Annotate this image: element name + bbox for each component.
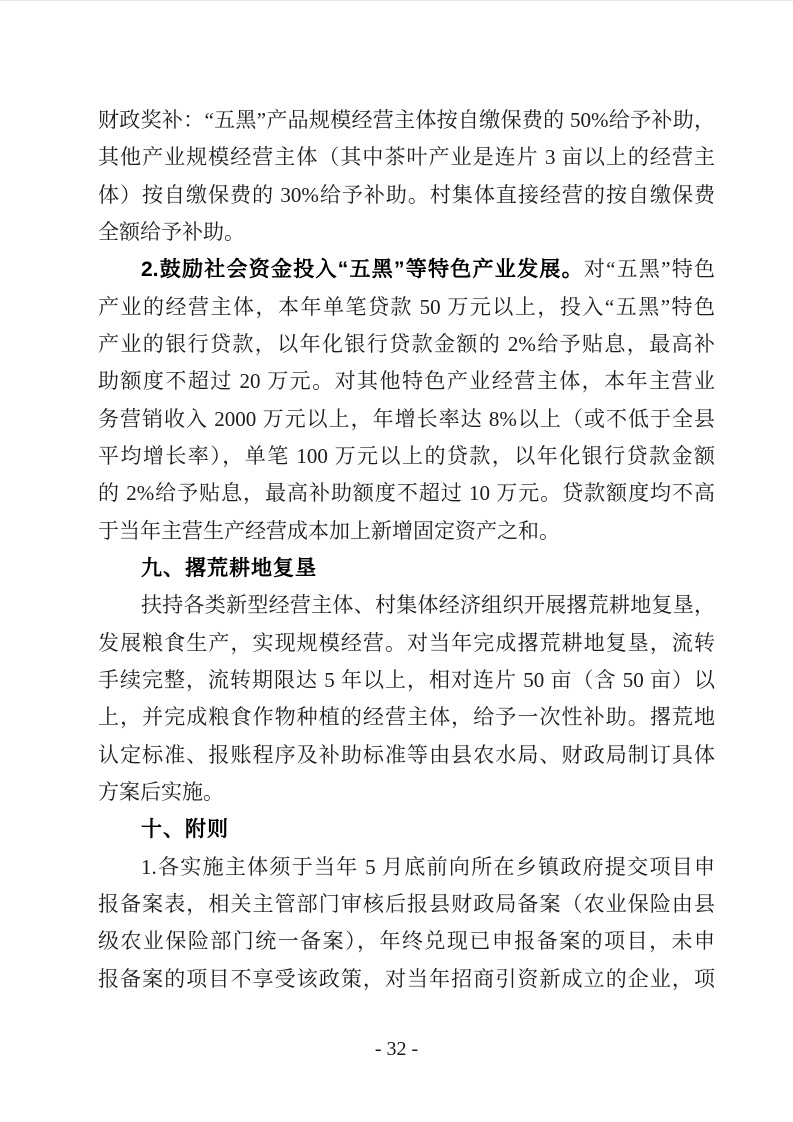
page-number: - 32 - xyxy=(0,1038,793,1061)
text-line: 于当年主营生产经营成本加上新增固定资产之和。 xyxy=(98,513,715,550)
section-heading-10: 十、附则 xyxy=(98,811,715,848)
paragraph-supplementary-rule-1: 1.各实施主体须于当年 5 月底前向所在乡镇政府提交项目申报备案表，相关主管部门… xyxy=(98,849,715,998)
section-heading-9: 九、撂荒耕地复垦 xyxy=(98,550,715,587)
text-line: 1.各实施主体须于当年 5 月底前向所在乡镇政府提交项目申 xyxy=(98,849,715,886)
text-line: 上，并完成粮食作物种植的经营主体，给予一次性补助。撂荒地 xyxy=(98,699,715,736)
text-line: 报备案的项目不享受该政策，对当年招商引资新成立的企业，项 xyxy=(98,961,715,998)
text-line: 2.鼓励社会资金投入“五黑”等特色产业发展。对“五黑”特色 xyxy=(98,251,715,288)
text-line: 平均增长率），单笔 100 万元以上的贷款，以年化银行贷款金额 xyxy=(98,438,715,475)
text-line: 十、附则 xyxy=(98,811,715,848)
document-body: 财政奖补：“五黑”产品规模经营主体按自缴保费的 50%给予补助，其他产业规模经营… xyxy=(98,102,715,998)
text-line: 其他产业规模经营主体（其中茶叶产业是连片 3 亩以上的经营主 xyxy=(98,139,715,176)
text-line: 助额度不超过 20 万元。对其他特色产业经营主体，本年主营业 xyxy=(98,363,715,400)
text-line: 务营销收入 2000 万元以上，年增长率达 8%以上（或不低于全县 xyxy=(98,401,715,438)
text-line: 财政奖补：“五黑”产品规模经营主体按自缴保费的 50%给予补助， xyxy=(98,102,715,139)
text-line: 级农业保险部门统一备案），年终兑现已申报备案的项目，未申 xyxy=(98,923,715,960)
paragraph-financial-award-insurance: 财政奖补：“五黑”产品规模经营主体按自缴保费的 50%给予补助，其他产业规模经营… xyxy=(98,102,715,251)
text-line: 产业的经营主体，本年单笔贷款 50 万元以上，投入“五黑”特色 xyxy=(98,289,715,326)
text-line: 方案后实施。 xyxy=(98,774,715,811)
text-line: 扶持各类新型经营主体、村集体经济组织开展撂荒耕地复垦， xyxy=(98,587,715,624)
text-line: 报备案表，相关主管部门审核后报县财政局备案（农业保险由县 xyxy=(98,886,715,923)
document-page: 财政奖补：“五黑”产品规模经营主体按自缴保费的 50%给予补助，其他产业规模经营… xyxy=(0,0,793,1122)
bold-lead-text: 2.鼓励社会资金投入“五黑”等特色产业发展。 xyxy=(141,258,584,281)
text-line: 九、撂荒耕地复垦 xyxy=(98,550,715,587)
text-line: 全额给予补助。 xyxy=(98,214,715,251)
text-line: 体）按自缴保费的 30%给予补助。村集体直接经营的按自缴保费 xyxy=(98,177,715,214)
text-line: 产业的银行贷款，以年化银行贷款金额的 2%给予贴息，最高补 xyxy=(98,326,715,363)
text-line: 发展粮食生产，实现规模经营。对当年完成撂荒耕地复垦，流转 xyxy=(98,625,715,662)
page-top-edge xyxy=(0,0,793,1)
text-line: 手续完整，流转期限达 5 年以上，相对连片 50 亩（含 50 亩）以 xyxy=(98,662,715,699)
paragraph-social-capital-incentive: 2.鼓励社会资金投入“五黑”等特色产业发展。对“五黑”特色产业的经营主体，本年单… xyxy=(98,251,715,550)
paragraph-land-reclamation: 扶持各类新型经营主体、村集体经济组织开展撂荒耕地复垦，发展粮食生产，实现规模经营… xyxy=(98,587,715,811)
text-line: 认定标准、报账程序及补助标准等由县农水局、财政局制订具体 xyxy=(98,737,715,774)
text-line: 的 2%给予贴息，最高补助额度不超过 10 万元。贷款额度均不高 xyxy=(98,475,715,512)
